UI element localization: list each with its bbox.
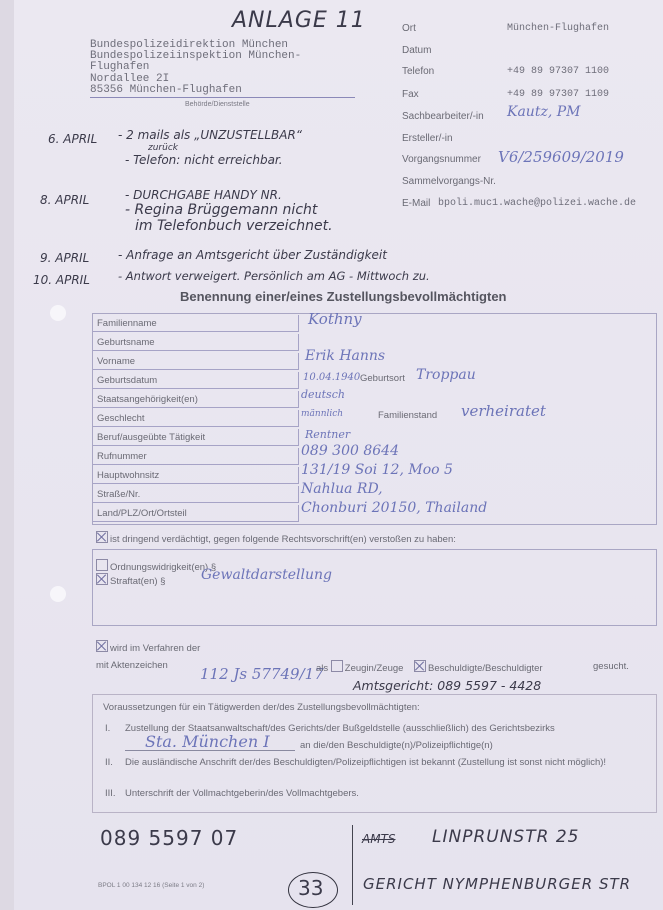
- note-line: - Telefon: nicht erreichbar.: [125, 153, 283, 167]
- form-heading: Benennung einer/eines Zustellungsbevollm…: [180, 289, 507, 304]
- divider-line: [352, 825, 353, 905]
- meta-value-telefon: +49 89 97307 1100: [507, 66, 609, 77]
- prerequisites-box: Voraussetzungen für ein Tätigwerden der/…: [92, 694, 657, 813]
- table-row: Beruf/ausgeübte Tätigkeit: [93, 429, 299, 446]
- meta-label-vorgangsnummer: Vorgangsnummer: [402, 154, 481, 165]
- page-number: 33: [298, 876, 323, 900]
- meta-value-email: bpoli.muc1.wache@polizei.wache.de: [438, 198, 636, 209]
- straftat-label: Straftat(en) §: [110, 576, 165, 587]
- row-label: Geschlecht: [97, 413, 145, 424]
- item-text: Unterschrift der Vollmachtgeberin/des Vo…: [125, 788, 359, 799]
- als-label: als: [316, 663, 328, 674]
- row-label: Staatsangehörigkeit(en): [97, 394, 198, 405]
- value-hauptwohnsitz: 131/19 Soi 12, Moo 5: [301, 462, 453, 478]
- value-geburtsdatum: 10.04.1940: [303, 372, 360, 383]
- meta-label-fax: Fax: [402, 89, 419, 100]
- table-row: Land/PLZ/Ort/Ortsteil: [93, 505, 299, 522]
- punch-hole: [50, 586, 66, 602]
- ordnungswidrigkeit-checkbox[interactable]: [96, 559, 108, 571]
- table-row: Staatsangehörigkeit(en): [93, 391, 299, 408]
- annotation-title: ANLAGE 11: [232, 8, 366, 33]
- item-number: III.: [105, 788, 116, 799]
- value-familienname: Kothny: [308, 310, 362, 328]
- item-number: II.: [105, 757, 113, 768]
- meta-label-sachbearbeiter: Sachbearbeiter/-in: [402, 111, 484, 122]
- birthplace-label: Geburtsort: [360, 373, 405, 384]
- row-label: Vorname: [97, 356, 135, 367]
- straftat-value: Gewaltdarstellung: [201, 567, 332, 583]
- zeuge-checkbox[interactable]: [331, 660, 343, 672]
- row-label: Hauptwohnsitz: [97, 470, 159, 481]
- address-line: 85356 München-Flughafen: [90, 85, 301, 96]
- table-row: Geschlecht: [93, 410, 299, 427]
- value-rufnummer: 089 300 8644: [301, 443, 399, 459]
- amtsgericht-note: Amtsgericht: 089 5597 - 4428: [353, 678, 541, 693]
- aktenzeichen-value: 112 Js 57749/17: [200, 665, 324, 683]
- bottom-address-1: LINPRUNSTR 25: [432, 827, 579, 847]
- court-suffix: an die/den Beschuldigte(n)/Polizeipflich…: [300, 740, 493, 751]
- value-familienstand: verheiratet: [461, 402, 546, 420]
- meta-label-email: E-Mail: [402, 198, 430, 209]
- meta-value-ort: München-Flughafen: [507, 23, 609, 34]
- note-line: - Regina Brüggemann nicht: [125, 202, 317, 218]
- row-label: Land/PLZ/Ort/Ortsteil: [97, 508, 187, 519]
- row-label: Familienname: [97, 318, 157, 329]
- bottom-phone: 089 5597 07: [100, 826, 238, 850]
- note-line: - 2 mails als „UNZUSTELLBAR“: [118, 128, 302, 142]
- form-footer: BPOL 1 00 134 12 16 (Seite 1 von 2): [98, 882, 204, 889]
- address-underline: [90, 97, 355, 98]
- ordnungswidrigkeit-line: Ordnungswidrigkeit(en) §: [96, 559, 216, 573]
- note-line: - Anfrage an Amtsgericht über Zuständigk…: [118, 248, 387, 262]
- beschuldigter-checkbox[interactable]: [414, 660, 426, 672]
- suspicion-text: ist dringend verdächtigt, gegen folgende…: [110, 534, 456, 545]
- value-beruf: Rentner: [305, 428, 350, 441]
- procedure-text: wird im Verfahren der: [110, 643, 200, 654]
- row-label: Geburtsname: [97, 337, 155, 348]
- scan-edge: [0, 0, 14, 910]
- address-line: Flughafen: [90, 62, 301, 73]
- row-label: Rufnummer: [97, 451, 147, 462]
- punch-hole: [50, 305, 66, 321]
- meta-value-fax: +49 89 97307 1109: [507, 89, 609, 100]
- marital-label: Familienstand: [378, 410, 437, 421]
- value-strasse: Nahlua RD,: [301, 481, 383, 497]
- straftat-checkbox[interactable]: [96, 573, 108, 585]
- note-date: 10. APRIL: [33, 273, 90, 287]
- note-date: 8. APRIL: [40, 193, 89, 207]
- authority-address: Bundespolizeidirektion München Bundespol…: [90, 40, 301, 96]
- meta-label-ort: Ort: [402, 23, 416, 34]
- value-vorname: Erik Hanns: [305, 348, 385, 364]
- struck-text: AMTS: [362, 832, 396, 846]
- value-geschlecht: männlich: [301, 409, 343, 419]
- suspicion-checkbox[interactable]: [96, 531, 108, 543]
- row-label: Straße/Nr.: [97, 489, 140, 500]
- note-line: zurück: [148, 143, 178, 153]
- note-line: - Antwort verweigert. Persönlich am AG -…: [118, 269, 430, 283]
- table-row: Hauptwohnsitz: [93, 467, 299, 484]
- authority-caption: Behörde/Dienststelle: [185, 101, 250, 108]
- meta-label-ersteller: Ersteller/-in: [402, 133, 453, 144]
- table-row: Vorname: [93, 353, 299, 370]
- table-row: Familienname: [93, 315, 299, 332]
- table-row: Rufnummer: [93, 448, 299, 465]
- meta-value-vorgangsnummer: V6/259609/2019: [498, 148, 624, 166]
- role-line: als Zeugin/Zeuge Beschuldigte/Beschuldig…: [316, 660, 543, 674]
- note-date: 9. APRIL: [40, 251, 89, 265]
- value-geburtsort: Troppau: [416, 367, 476, 383]
- document-page: ANLAGE 11 Bundespolizeidirektion München…: [0, 0, 663, 910]
- note-line: - DURCHGABE HANDY NR.: [125, 188, 282, 202]
- item-text: Die ausländische Anschrift der/des Besch…: [125, 757, 650, 770]
- note-date: 6. APRIL: [48, 132, 97, 146]
- meta-label-datum: Datum: [402, 45, 431, 56]
- procedure-checkbox[interactable]: [96, 640, 108, 652]
- straftat-line: Straftat(en) §: [96, 573, 165, 587]
- bottom-address-2: GERICHT NYMPHENBURGER STR: [363, 875, 631, 893]
- item-number: I.: [105, 723, 110, 734]
- table-row: Geburtsname: [93, 334, 299, 351]
- row-label: Beruf/ausgeübte Tätigkeit: [97, 432, 205, 443]
- suspicion-line: ist dringend verdächtigt, gegen folgende…: [96, 531, 456, 545]
- meta-value-sachbearbeiter: Kautz, PM: [507, 104, 580, 120]
- prerequisites-title: Voraussetzungen für ein Tätigwerden der/…: [103, 702, 420, 713]
- value-staatsangehoerigkeit: deutsch: [301, 388, 345, 401]
- value-land: Chonburi 20150, Thailand: [301, 500, 487, 516]
- procedure-line: wird im Verfahren der: [96, 640, 200, 654]
- note-line: im Telefonbuch verzeichnet.: [135, 218, 333, 234]
- court-value: Sta. München I: [145, 732, 270, 751]
- zeuge-label: Zeugin/Zeuge: [345, 663, 404, 674]
- aktenzeichen-label: mit Aktenzeichen: [96, 660, 168, 671]
- meta-label-telefon: Telefon: [402, 66, 434, 77]
- offense-box: Ordnungswidrigkeit(en) § Straftat(en) § …: [92, 549, 657, 626]
- row-label: Geburtsdatum: [97, 375, 157, 386]
- meta-label-sammelvorgang: Sammelvorgangs-Nr.: [402, 176, 496, 187]
- beschuldigter-label: Beschuldigte/Beschuldigter: [428, 663, 543, 674]
- table-row: Straße/Nr.: [93, 486, 299, 503]
- table-row: Geburtsdatum: [93, 372, 299, 389]
- gesucht-label: gesucht.: [593, 661, 629, 672]
- person-table: Familienname Geburtsname Vorname Geburts…: [92, 313, 657, 525]
